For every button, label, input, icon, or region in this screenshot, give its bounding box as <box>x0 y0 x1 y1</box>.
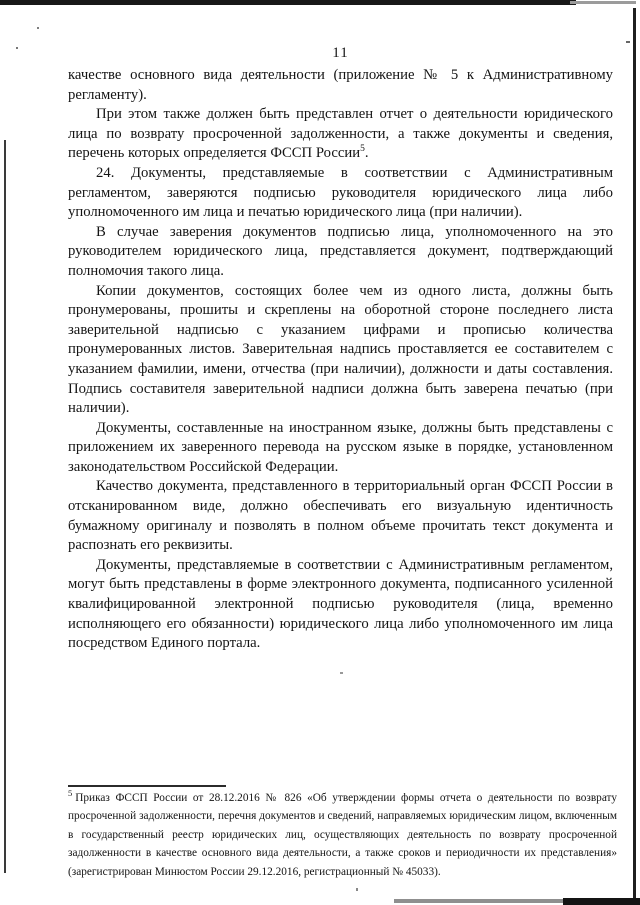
footnote-separator <box>68 785 226 787</box>
paragraph-scan-quality: Качество документа, представленного в те… <box>68 477 613 555</box>
paragraph-copies-requirements: Копии документов, состоящих более чем из… <box>68 282 613 419</box>
footnote: 5Приказ ФССП России от 28.12.2016 № 826 … <box>68 789 617 881</box>
scan-artifact-top-edge <box>0 0 576 5</box>
paragraph-authorized-person: В случае заверения документов подписью л… <box>68 223 613 282</box>
paragraph-report-requirement: При этом также должен быть представлен о… <box>68 105 613 164</box>
scan-artifact-top-edge-right <box>570 1 636 4</box>
scan-artifact-bottom-edge-dark <box>563 898 640 905</box>
paragraph-item-24: 24. Документы, представляемые в соответс… <box>68 164 613 223</box>
scan-artifact-speck <box>37 27 39 29</box>
document-body: качестве основного вида деятельности (пр… <box>68 66 613 654</box>
paragraph-continuation: качестве основного вида деятельности (пр… <box>68 66 613 105</box>
scanned-document-page: 11 качестве основного вида деятельности … <box>0 0 640 905</box>
scan-artifact-speck <box>340 672 343 674</box>
footnote-text: Приказ ФССП России от 28.12.2016 № 826 «… <box>68 792 617 878</box>
scan-artifact-bottom-edge-gray <box>394 899 568 903</box>
scan-artifact-right-edge-line <box>633 8 636 905</box>
paragraph-electronic-form: Документы, представляемые в соответствии… <box>68 556 613 654</box>
scan-artifact-left-edge-line <box>4 140 6 873</box>
scan-artifact-speck <box>356 888 358 891</box>
page-number: 11 <box>68 45 613 62</box>
scan-artifact-speck <box>16 47 18 49</box>
paragraph-report-period: . <box>365 145 369 161</box>
paragraph-report-text: При этом также должен быть представлен о… <box>68 106 613 161</box>
paragraph-foreign-language: Документы, составленные на иностранном я… <box>68 419 613 478</box>
scan-artifact-right-dash <box>626 41 630 43</box>
footnote-marker: 5 <box>68 788 72 798</box>
